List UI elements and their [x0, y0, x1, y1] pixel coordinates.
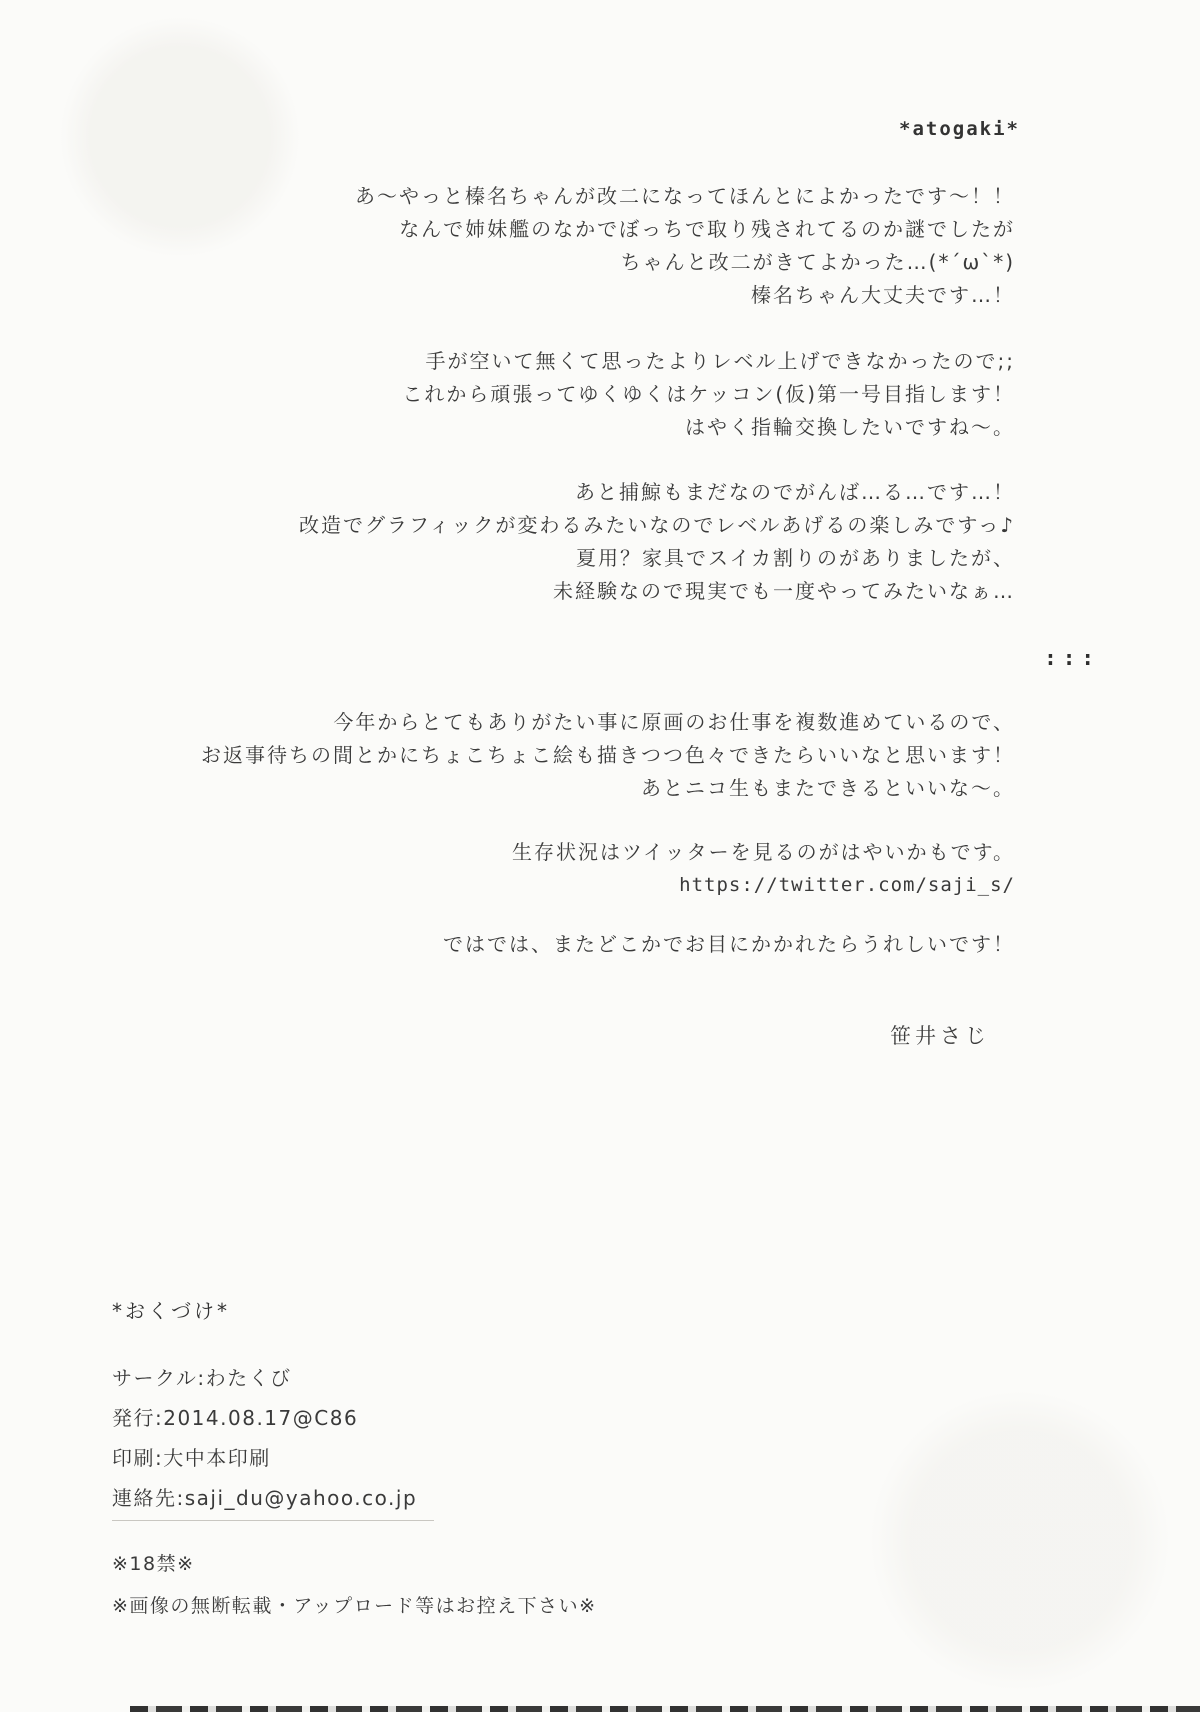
- colophon-circle: サークル:わたくび: [112, 1358, 597, 1398]
- paragraph-levelup: 手が空いて無くて思ったよりレベル上げできなかったので;; これから頑張ってゆくゆ…: [0, 345, 1015, 444]
- repost-note: ※画像の無断転載・アップロード等はお控え下さい※: [112, 1585, 597, 1627]
- author-signature: 笹井さじ: [890, 1020, 990, 1050]
- text-line: なんで姉妹艦のなかでぼっちで取り残されてるのか謎でしたが: [0, 213, 1015, 246]
- text-line: 榛名ちゃん大丈夫です…！: [0, 279, 1015, 312]
- atogaki-header: *atogaki*: [899, 118, 1020, 140]
- colophon-printing: 印刷:大中本印刷: [112, 1438, 597, 1478]
- text-line: あ〜やっと榛名ちゃんが改二になってほんとによかったです〜！！: [0, 180, 1015, 213]
- rating-note: ※18禁※: [112, 1543, 597, 1585]
- text-line: これから頑張ってゆくゆくはケッコン(仮)第一号目指します！: [0, 378, 1015, 411]
- colophon-title: *おくづけ*: [112, 1295, 597, 1324]
- paragraph-farewell: ではでは、またどこかでお目にかかれたらうれしいです！: [0, 928, 1015, 961]
- text-line: 改造でグラフィックが変わるみたいなのでレベルあげるの楽しみですっ♪: [0, 509, 1015, 542]
- text-line: あとニコ生もまたできるといいな〜。: [0, 772, 1015, 805]
- twitter-url: https://twitter.com/saji_s/: [0, 869, 1015, 902]
- paragraph-harunakaini: あ〜やっと榛名ちゃんが改二になってほんとによかったです〜！！ なんで姉妹艦のなか…: [0, 180, 1015, 312]
- afterword-page: *atogaki* あ〜やっと榛名ちゃんが改二になってほんとによかったです〜！！…: [0, 0, 1200, 1712]
- text-line: 手が空いて無くて思ったよりレベル上げできなかったので;;: [0, 345, 1015, 378]
- colophon: *おくづけ* サークル:わたくび 発行:2014.08.17@C86 印刷:大中…: [112, 1295, 597, 1627]
- section-separator: :::: [1044, 646, 1100, 670]
- colophon-published: 発行:2014.08.17@C86: [112, 1398, 597, 1438]
- text-line: 未経験なので現実でも一度やってみたいなぁ…: [0, 575, 1015, 608]
- paragraph-hogei: あと捕鯨もまだなのでがんば…る…です…！ 改造でグラフィックが変わるみたいなので…: [0, 476, 1015, 608]
- text-line: お返事待ちの間とかにちょこちょこ絵も描きつつ色々できたらいいなと思います！: [0, 739, 1015, 772]
- text-line: はやく指輪交換したいですね〜。: [0, 411, 1015, 444]
- paragraph-genga: 今年からとてもありがたい事に原画のお仕事を複数進めているので、 お返事待ちの間と…: [0, 706, 1015, 805]
- text-line: 生存状況はツイッターを見るのがはやいかもです。: [0, 836, 1015, 869]
- paragraph-twitter: 生存状況はツイッターを見るのがはやいかもです。 https://twitter.…: [0, 836, 1015, 902]
- text-line: 今年からとてもありがたい事に原画のお仕事を複数進めているので、: [0, 706, 1015, 739]
- contact-underline: [112, 1520, 434, 1521]
- text-line: 夏用？家具でスイカ割りのがありましたが、: [0, 542, 1015, 575]
- colophon-contact: 連絡先:saji_du@yahoo.co.jp: [112, 1478, 597, 1518]
- text-line: あと捕鯨もまだなのでがんば…る…です…！: [0, 476, 1015, 509]
- text-line: ちゃんと改二がきてよかった…(*´ω`*): [0, 246, 1015, 279]
- text-line: ではでは、またどこかでお目にかかれたらうれしいです！: [0, 928, 1015, 961]
- scan-edge-artifact: [130, 1706, 1200, 1712]
